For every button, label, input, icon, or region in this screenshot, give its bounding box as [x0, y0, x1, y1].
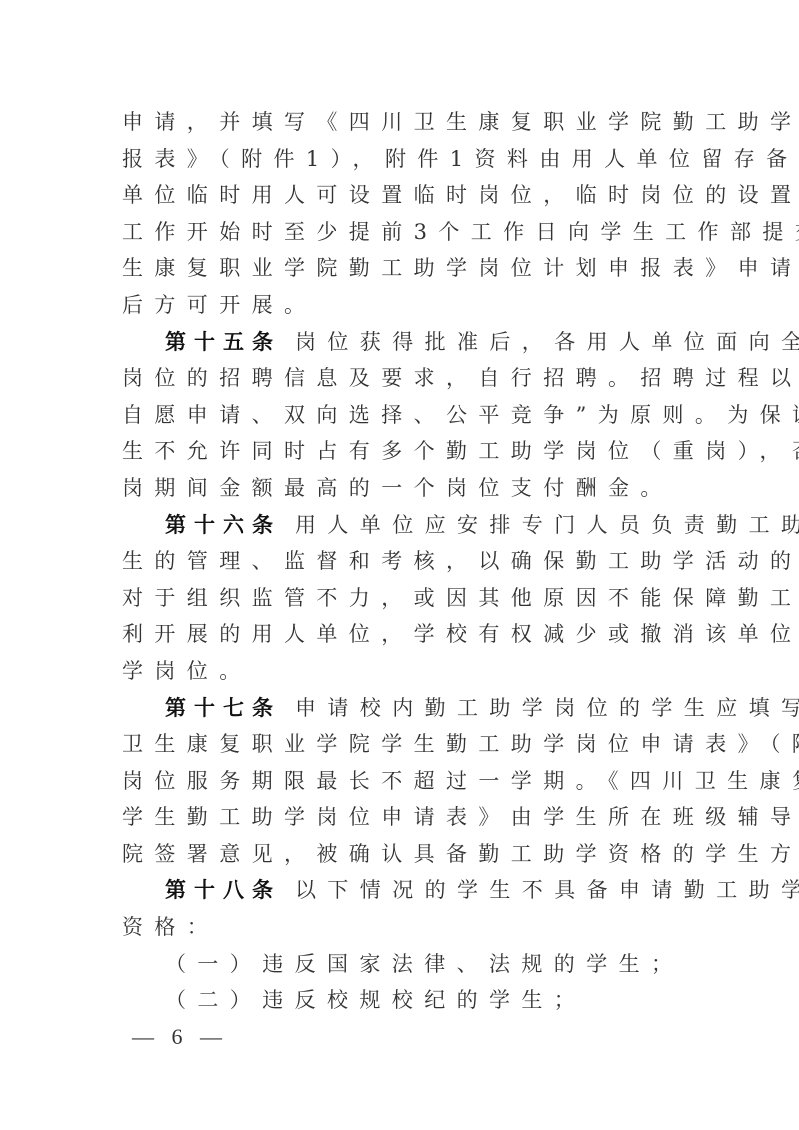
- text-line: 利开展的用人单位，学校有权减少或撤消该单位所设勤工助: [122, 616, 702, 653]
- article-16-heading-line: 第十六条用人单位应安排专门人员负责勤工助学学: [122, 507, 702, 544]
- document-body: 申请，并填写《四川卫生康复职业学院勤工助学岗位计划申 报表》（附件1），附件1资…: [122, 104, 702, 1019]
- article-number: 第十七条: [165, 695, 281, 720]
- text-line: 生的管理、监督和考核，以确保勤工助学活动的正常开展。: [122, 543, 702, 580]
- text-line: 申请，并填写《四川卫生康复职业学院勤工助学岗位计划申: [122, 104, 702, 141]
- text-line: 岗位服务期限最长不超过一学期。《四川卫生康复职业学院: [122, 763, 702, 800]
- text-line: 生不允许同时占有多个勤工助学岗位（重岗），否则只对重: [122, 433, 702, 470]
- article-text: 岗位获得批准后，各用人单位面向全校公开: [295, 330, 799, 354]
- text-line: 学生勤工助学岗位申请表》由学生所在班级辅导员和二级学: [122, 799, 702, 836]
- text-line: 单位临时用人可设置临时岗位，临时岗位的设置需在临时性: [122, 177, 702, 214]
- list-item: （一）违反国家法律、法规的学生；: [122, 946, 702, 983]
- article-number: 第十六条: [165, 512, 281, 537]
- text-line: 卫生康复职业学院学生勤工助学岗位申请表》（附件2），: [122, 726, 702, 763]
- text-line: 对于组织监管不力，或因其他原因不能保障勤工助学活动顺: [122, 580, 702, 617]
- page-number: — 6 —: [132, 1024, 228, 1050]
- text-line: 生康复职业学院勤工助学岗位计划申报表》申请，审查确定: [122, 250, 702, 287]
- article-number: 第十八条: [165, 877, 281, 902]
- article-number: 第十五条: [165, 329, 281, 354]
- article-text: 申请校内勤工助学岗位的学生应填写《四川: [295, 696, 799, 720]
- document-page: 申请，并填写《四川卫生康复职业学院勤工助学岗位计划申 报表》（附件1），附件1资…: [0, 0, 799, 1130]
- text-line: 自愿申请、双向选择、公平竞争”为原则。为保证公平，学: [122, 397, 702, 434]
- article-text: 以下情况的学生不具备申请勤工助学岗位: [295, 878, 799, 902]
- text-line: 院签署意见，被确认具备勤工助学资格的学生方可参加应聘。: [122, 836, 702, 873]
- list-item: （二）违反校规校纪的学生；: [122, 982, 702, 1019]
- text-line: 资格：: [122, 909, 702, 946]
- text-line: 后方可开展。: [122, 287, 702, 324]
- text-line: 岗位的招聘信息及要求，自行招聘。招聘过程以“信息公开、: [122, 360, 702, 397]
- text-line: 学岗位。: [122, 653, 702, 690]
- article-18-heading-line: 第十八条以下情况的学生不具备申请勤工助学岗位: [122, 872, 702, 909]
- article-text: 用人单位应安排专门人员负责勤工助学学: [295, 513, 799, 537]
- text-line: 工作开始时至少提前3个工作日向学生工作部提交《四川卫: [122, 214, 702, 251]
- text-line: 岗期间金额最高的一个岗位支付酬金。: [122, 470, 702, 507]
- article-17-heading-line: 第十七条申请校内勤工助学岗位的学生应填写《四川: [122, 690, 702, 727]
- text-line: 报表》（附件1），附件1资料由用人单位留存备查。用人: [122, 141, 702, 178]
- article-15-heading-line: 第十五条岗位获得批准后，各用人单位面向全校公开: [122, 324, 702, 361]
